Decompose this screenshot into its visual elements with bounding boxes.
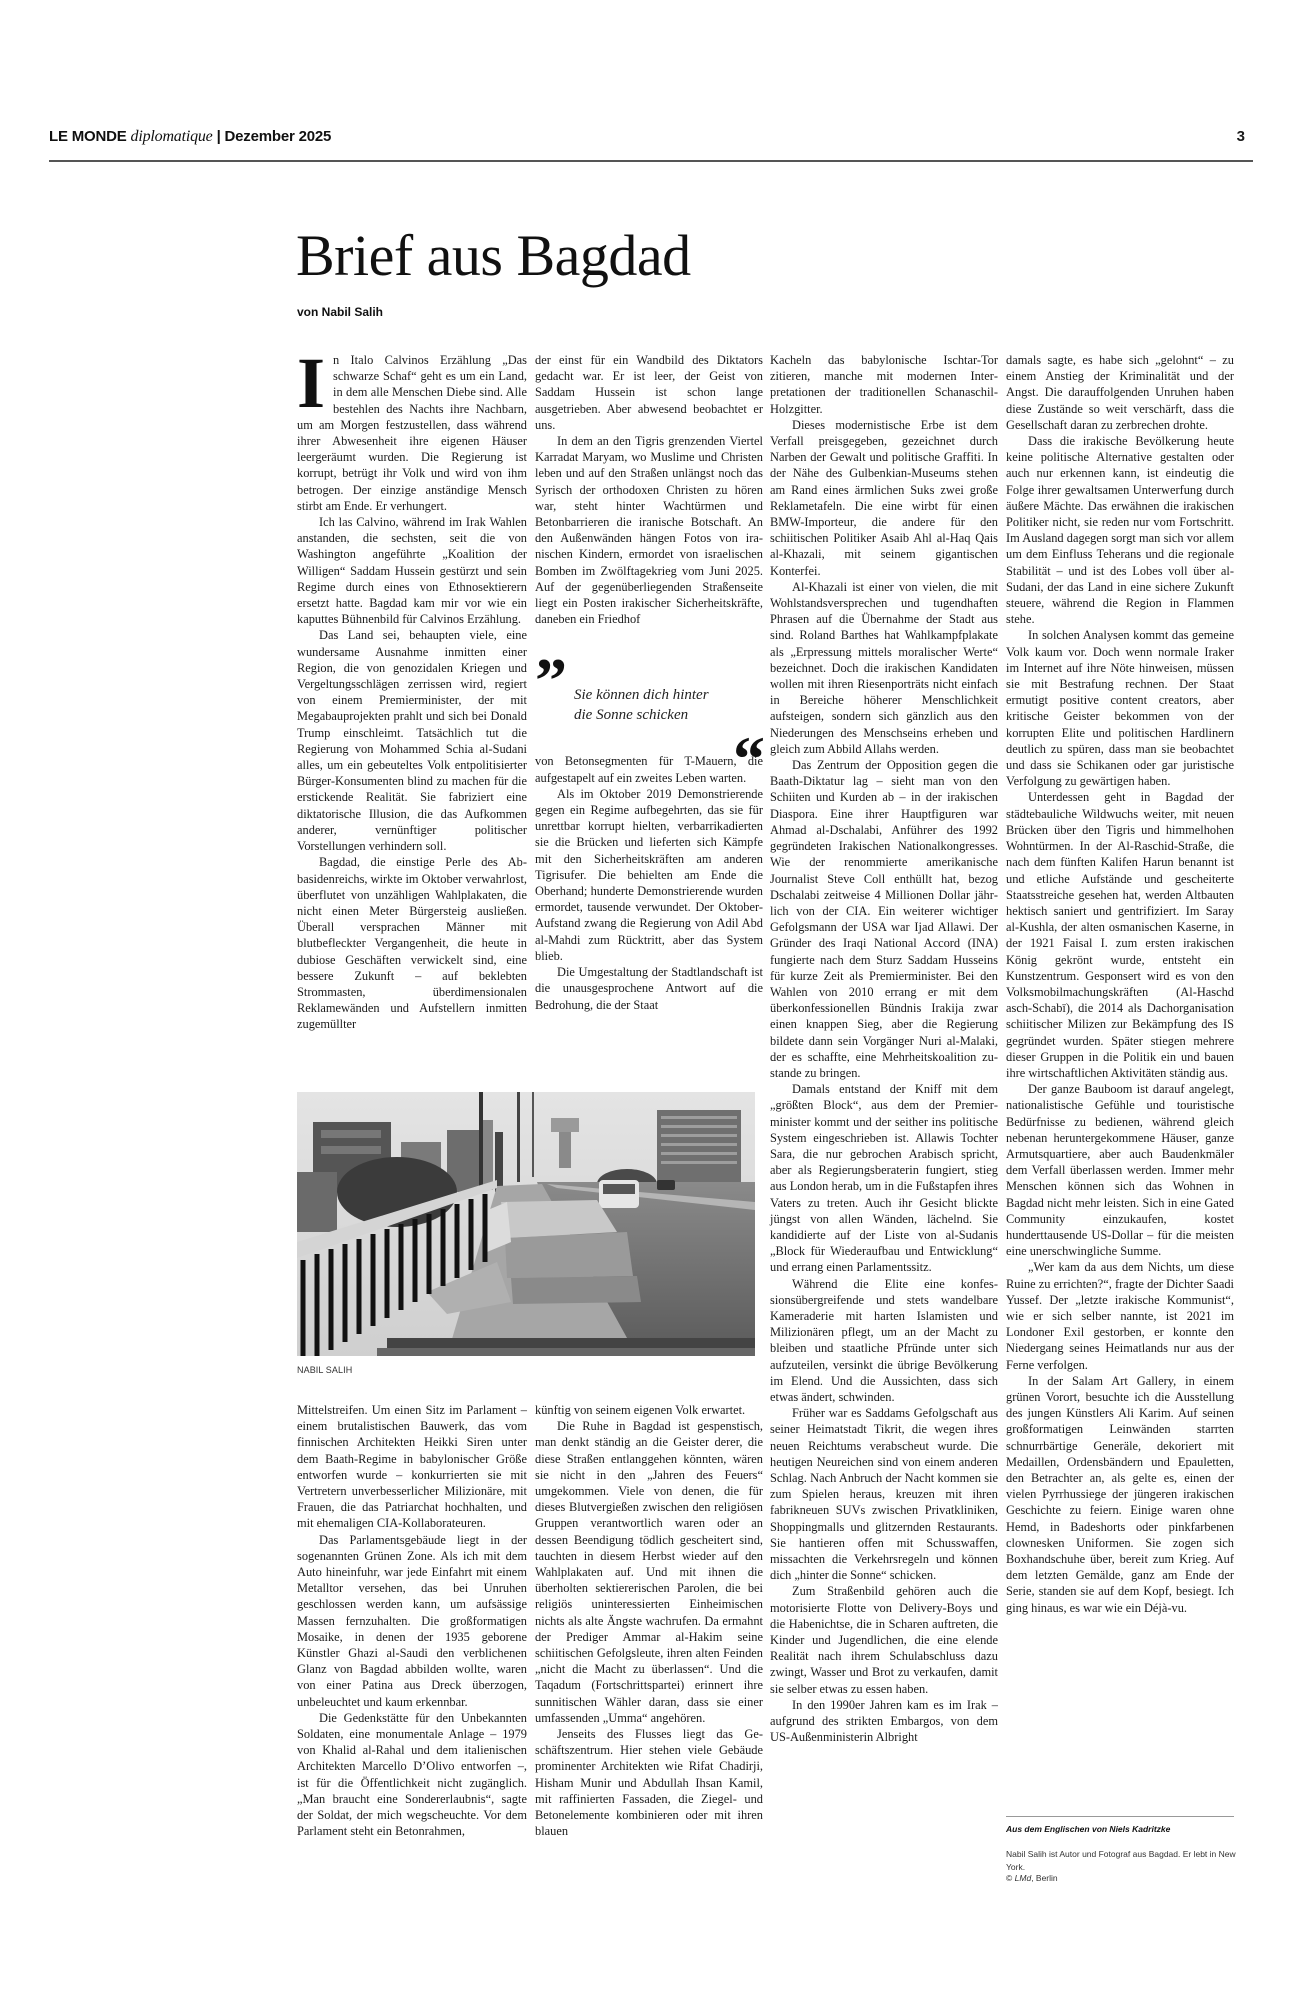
byline: von Nabil Salih [297,305,383,319]
article-photo [297,1092,755,1356]
article-column-1-top: In Italo Calvinos Erzählung „Das schwarz… [297,352,527,1033]
publication-brand: LE MONDE diplomatique | Dezember 2025 [49,128,331,146]
author-bio: Nabil Salih ist Autor und Fotograf aus B… [1006,1848,1236,1874]
paragraph: Jenseits des Flusses liegt das Ge­schäft… [535,1726,763,1839]
footer-divider [1006,1816,1234,1817]
drop-cap: I [297,354,325,412]
paragraph: Die Umgestaltung der Stadtland­schaft is… [535,964,763,1013]
paragraph: In solchen Analysen kommt das ge­meine V… [1006,627,1234,789]
article-column-4: damals sagte, es habe sich „gelohnt“ – z… [1006,352,1234,1616]
bridge-photo-illustration [297,1092,755,1356]
paragraph: Mittelstreifen. Um einen Sitz im Parla­m… [297,1402,527,1532]
paragraph: Bagdad, die einstige Perle des Ab­baside… [297,854,527,1032]
paragraph: Während die Elite eine konfes­sionsüberg… [770,1276,998,1406]
paragraph: Ich las Calvino, während im Irak Wahlen … [297,514,527,627]
translator-credit: Aus dem Englischen von Niels Kadritzke [1006,1824,1170,1834]
paragraph: „Wer kam da aus dem Nichts, um diese Rui… [1006,1259,1234,1372]
header-divider [49,160,1253,162]
copyright-symbol: © [1006,1873,1012,1883]
pull-quote: ” Sie können dich hinter die Sonne schic… [535,655,763,755]
paragraph: der einst für ein Wandbild des Dikta­tor… [535,352,763,433]
paragraph: Das Parlamentsgebäude liegt in der sogen… [297,1532,527,1710]
copyright-location: , Berlin [1031,1873,1057,1883]
copyright-notice: © LMd, Berlin [1006,1873,1058,1883]
article-column-2-bottom: künftig von seinem eigenen Volk er­warte… [535,1402,763,1839]
paragraph: Zum Straßenbild gehören auch die motoris… [770,1583,998,1696]
pull-quote-text: Sie können dich hinter die Sonne schicke… [574,685,724,725]
masthead: LE MONDE diplomatique | Dezember 2025 3 [49,128,1245,150]
paragraph: damals sagte, es habe sich „gelohnt“ – z… [1006,352,1234,433]
close-quote-mark: “ [733,727,765,791]
paragraph: In der Salam Art Gallery, in ei­nem grün… [1006,1373,1234,1616]
issue-date: Dezember 2025 [225,128,332,145]
paragraph: Die Gedenkstätte für den Unbe­kannten So… [297,1710,527,1840]
copyright-owner: LMd [1015,1873,1032,1883]
page-number: 3 [1237,128,1245,145]
article-column-1-bottom: Mittelstreifen. Um einen Sitz im Parla­m… [297,1402,527,1839]
paragraph: In den 1990er Jahren kam es im Irak – au… [770,1697,998,1746]
article-title: Brief aus Bagdad [296,222,691,289]
photo-credit: NABIL SALIH [297,1365,352,1375]
paragraph: Das Zentrum der Opposition ge­gen die Ba… [770,757,998,1081]
open-quote-mark: ” [535,649,567,713]
paragraph: Dass die irakische Bevölkerung heute kei… [1006,433,1234,627]
brand-separator: | [217,128,221,145]
paragraph: Die Ruhe in Bagdad ist gespens­tisch, ma… [535,1418,763,1726]
paragraph: Früher war es Saddams Gefolg­schaft aus … [770,1405,998,1583]
paragraph: Als im Oktober 2019 Demonstrie­rende geg… [535,786,763,964]
paragraph: Al-Khazali ist einer von vielen, die mit… [770,579,998,757]
paragraph: Kacheln das babylonische Ischtar-Tor zit… [770,352,998,417]
paragraph: Unterdessen geht in Bagdad der städtebau… [1006,789,1234,1081]
paragraph: Der ganze Bauboom ist darauf an­gelegt, … [1006,1081,1234,1259]
paragraph: Das Land sei, behaupten viele, eine wund… [297,627,527,854]
paragraph: Dieses modernistische Erbe ist dem Verfa… [770,417,998,579]
article-column-3: Kacheln das babylonische Ischtar-Tor zit… [770,352,998,1745]
paragraph: In dem an den Tigris grenzenden Viertel … [535,433,763,627]
paragraph: von Betonsegmenten für T-Mauern, die auf… [535,753,763,785]
paragraph: Damals entstand der Kniff mit dem „größt… [770,1081,998,1275]
brand-italic: diplomatique [131,128,213,145]
paragraph: In Italo Calvinos Erzählung „Das schwarz… [297,352,527,514]
paragraph: künftig von seinem eigenen Volk er­warte… [535,1402,763,1418]
brand-name: LE MONDE [49,128,127,145]
